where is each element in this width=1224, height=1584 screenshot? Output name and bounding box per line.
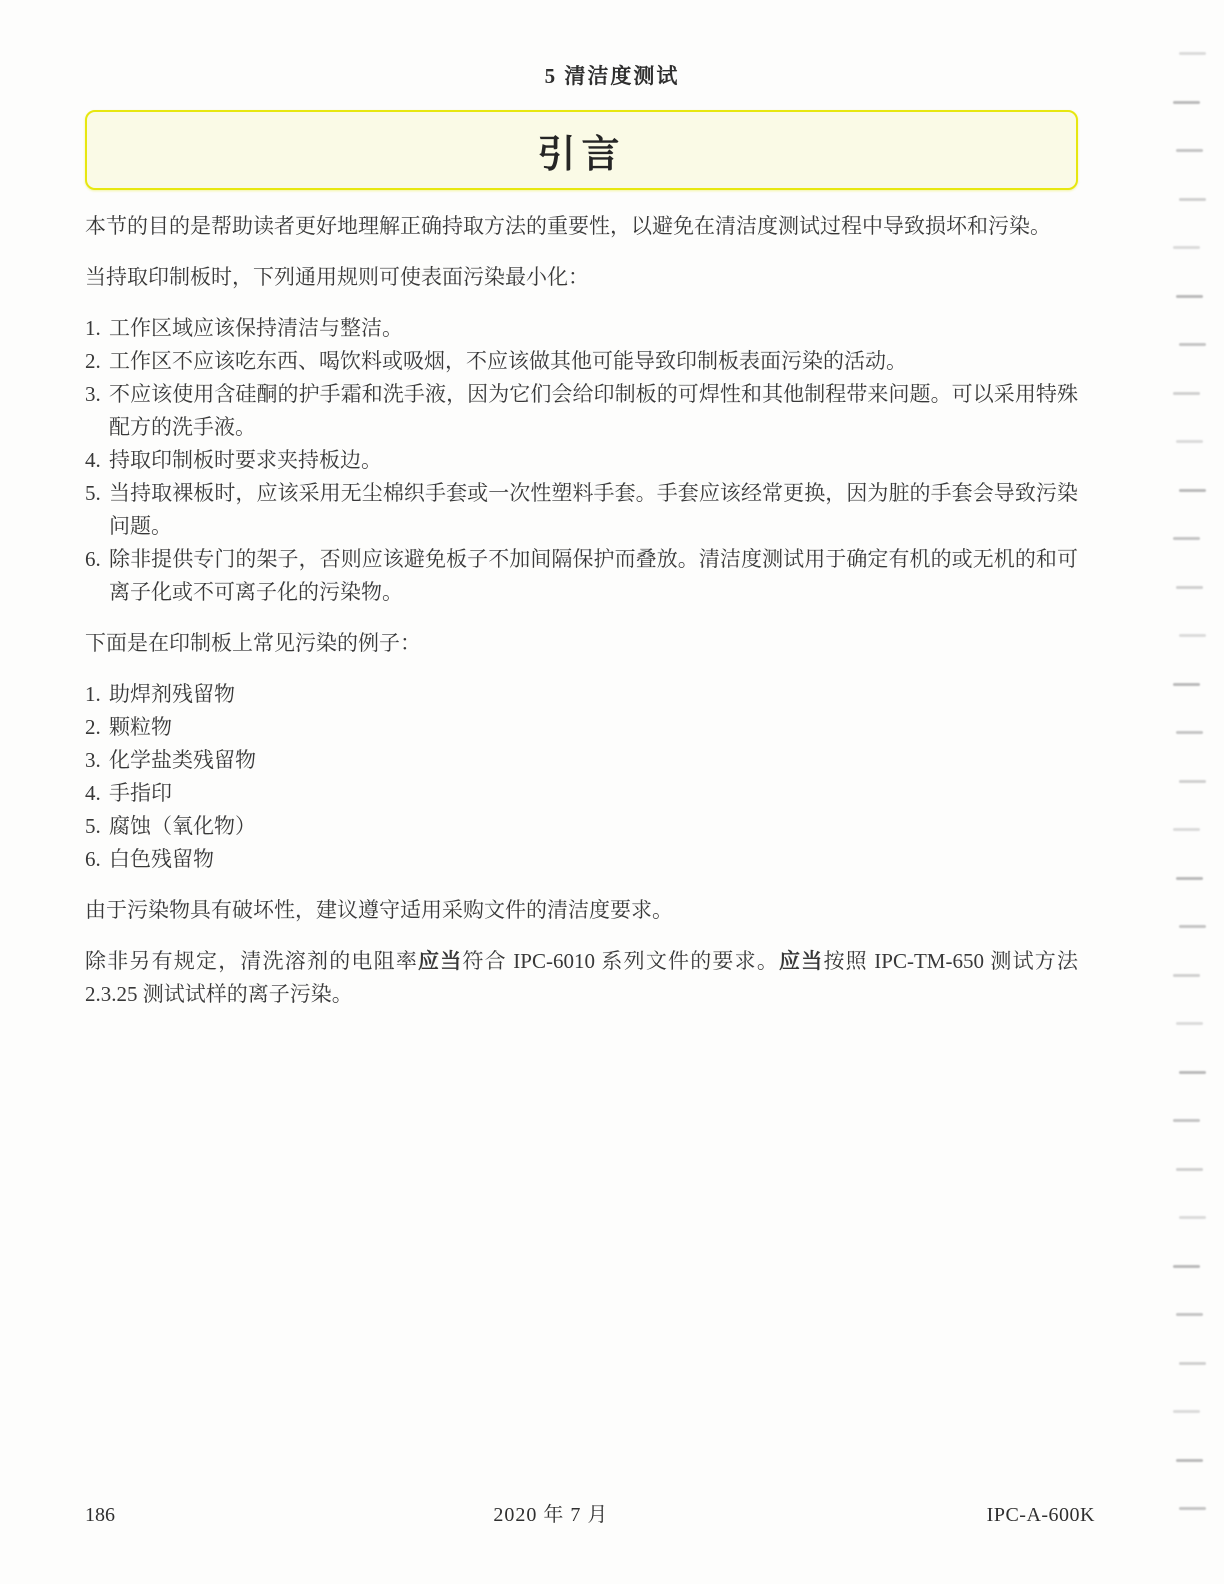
page-title: 引言 — [537, 123, 625, 178]
handling-rule-item-text: 持取印制板时要求夹持板边。 — [109, 444, 1078, 477]
binding-mark — [1173, 683, 1200, 686]
contaminant-item: 6.白色残留物 — [85, 843, 1078, 876]
handling-rule-item-number: 4. — [85, 444, 109, 477]
handling-rule-item-text: 工作区域应该保持清洁与整洁。 — [109, 312, 1078, 345]
contaminant-item-number: 1. — [85, 678, 109, 711]
binding-mark — [1173, 246, 1200, 249]
handling-rule-item-number: 3. — [85, 378, 109, 444]
handling-rule-item: 3.不应该使用含硅酮的护手霜和洗手液，因为它们会给印制板的可焊性和其他制程带来问… — [85, 378, 1078, 444]
binding-mark — [1179, 780, 1206, 783]
contaminant-item: 1.助焊剂残留物 — [85, 678, 1078, 711]
binding-mark — [1179, 489, 1206, 492]
emphasis-text: 应当 — [779, 949, 823, 973]
binding-mark — [1176, 295, 1203, 298]
footer-date: 2020 年 7 月 — [493, 1498, 608, 1527]
handling-rule-item-text: 除非提供专门的架子，否则应该避免板子不加间隔保护而叠放。清洁度测试用于确定有机的… — [109, 543, 1078, 609]
document-body: 本节的目的是帮助读者更好地理解正确持取方法的重要性，以避免在清洁度测试过程中导致… — [85, 210, 1078, 1011]
binding-mark — [1179, 198, 1206, 201]
paragraph-purpose: 本节的目的是帮助读者更好地理解正确持取方法的重要性，以避免在清洁度测试过程中导致… — [85, 210, 1078, 243]
binding-mark — [1173, 101, 1200, 104]
handling-rule-item: 1.工作区域应该保持清洁与整洁。 — [85, 312, 1078, 345]
binding-mark — [1179, 1071, 1206, 1074]
binding-marks — [1164, 0, 1224, 1584]
binding-mark — [1176, 731, 1203, 734]
handling-rule-item-text: 不应该使用含硅酮的护手霜和洗手液，因为它们会给印制板的可焊性和其他制程带来问题。… — [109, 378, 1078, 444]
handling-rules-list: 1.工作区域应该保持清洁与整洁。2.工作区不应该吃东西、喝饮料或吸烟，不应该做其… — [85, 312, 1078, 609]
page-number: 186 — [85, 1504, 115, 1527]
paragraph-rules-lead: 当持取印制板时，下列通用规则可使表面污染最小化： — [85, 261, 1078, 294]
title-box: 引言 — [85, 110, 1078, 190]
binding-mark — [1179, 1362, 1206, 1365]
document-page: 5 清洁度测试 引言 本节的目的是帮助读者更好地理解正确持取方法的重要性，以避免… — [0, 0, 1224, 1584]
binding-mark — [1179, 634, 1206, 637]
emphasis-text: 应当 — [418, 949, 462, 973]
contaminant-item: 2.颗粒物 — [85, 711, 1078, 744]
contaminant-item-number: 4. — [85, 777, 109, 810]
contaminant-item: 3.化学盐类残留物 — [85, 744, 1078, 777]
contaminant-item: 4.手指印 — [85, 777, 1078, 810]
binding-mark — [1179, 1216, 1206, 1219]
binding-mark — [1173, 1265, 1200, 1268]
body-text: 除非另有规定，清洗溶剂的电阻率 — [85, 949, 418, 973]
handling-rule-item: 2.工作区不应该吃东西、喝饮料或吸烟，不应该做其他可能导致印制板表面污染的活动。 — [85, 345, 1078, 378]
binding-mark — [1176, 586, 1203, 589]
paragraph-requirement: 由于污染物具有破坏性，建议遵守适用采购文件的清洁度要求。 — [85, 894, 1078, 927]
handling-rule-item: 6.除非提供专门的架子，否则应该避免板子不加间隔保护而叠放。清洁度测试用于确定有… — [85, 543, 1078, 609]
paragraph-examples-lead: 下面是在印制板上常见污染的例子： — [85, 627, 1078, 660]
binding-mark — [1173, 828, 1200, 831]
contaminant-item-number: 3. — [85, 744, 109, 777]
handling-rule-item-number: 5. — [85, 477, 109, 543]
binding-mark — [1179, 343, 1206, 346]
binding-mark — [1176, 877, 1203, 880]
binding-mark — [1173, 537, 1200, 540]
binding-mark — [1173, 974, 1200, 977]
footer-doc-id: IPC-A-600K — [987, 1504, 1095, 1527]
page-footer: 186 2020 年 7 月 IPC-A-600K — [85, 1498, 1095, 1527]
handling-rule-item-number: 1. — [85, 312, 109, 345]
binding-mark — [1176, 1168, 1203, 1171]
contaminants-list: 1.助焊剂残留物2.颗粒物3.化学盐类残留物4.手指印5.腐蚀（氧化物）6.白色… — [85, 678, 1078, 876]
binding-mark — [1179, 52, 1206, 55]
binding-mark — [1173, 1119, 1200, 1122]
contaminant-item-text: 手指印 — [109, 777, 1078, 810]
handling-rule-item: 5.当持取裸板时，应该采用无尘棉织手套或一次性塑料手套。手套应该经常更换，因为脏… — [85, 477, 1078, 543]
binding-mark — [1176, 149, 1203, 152]
binding-mark — [1173, 1410, 1200, 1413]
contaminant-item: 5.腐蚀（氧化物） — [85, 810, 1078, 843]
contaminant-item-text: 白色残留物 — [109, 843, 1078, 876]
binding-mark — [1176, 440, 1203, 443]
contaminant-item-number: 5. — [85, 810, 109, 843]
paragraph-resistivity: 除非另有规定，清洗溶剂的电阻率应当符合 IPC-6010 系列文件的要求。应当按… — [85, 945, 1078, 1011]
handling-rule-item: 4.持取印制板时要求夹持板边。 — [85, 444, 1078, 477]
handling-rule-item-text: 当持取裸板时，应该采用无尘棉织手套或一次性塑料手套。手套应该经常更换，因为脏的手… — [109, 477, 1078, 543]
binding-mark — [1173, 392, 1200, 395]
handling-rule-item-number: 2. — [85, 345, 109, 378]
binding-mark — [1176, 1459, 1203, 1462]
contaminant-item-text: 腐蚀（氧化物） — [109, 810, 1078, 843]
contaminant-item-number: 2. — [85, 711, 109, 744]
contaminant-item-number: 6. — [85, 843, 109, 876]
body-text: 符合 IPC-6010 系列文件的要求。 — [462, 949, 779, 973]
binding-mark — [1176, 1022, 1203, 1025]
handling-rule-item-text: 工作区不应该吃东西、喝饮料或吸烟，不应该做其他可能导致印制板表面污染的活动。 — [109, 345, 1078, 378]
contaminant-item-text: 助焊剂残留物 — [109, 678, 1078, 711]
contaminant-item-text: 化学盐类残留物 — [109, 744, 1078, 777]
contaminant-item-text: 颗粒物 — [109, 711, 1078, 744]
binding-mark — [1179, 925, 1206, 928]
handling-rule-item-number: 6. — [85, 543, 109, 609]
binding-mark — [1179, 1507, 1206, 1510]
section-header: 5 清洁度测试 — [0, 60, 1224, 90]
binding-mark — [1176, 1313, 1203, 1316]
